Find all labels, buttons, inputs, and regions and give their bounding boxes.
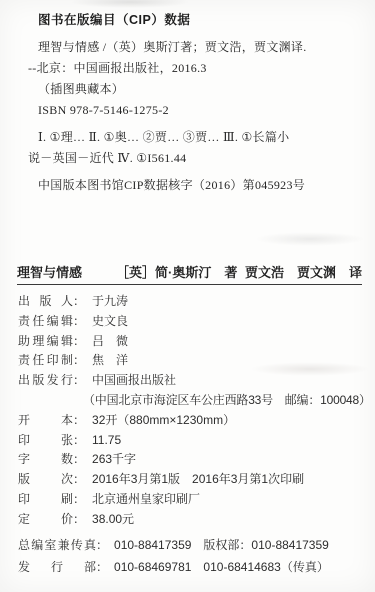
- pub-row-edition: 版次：2016年3月第1版 2016年3月第1次印刷: [18, 470, 375, 490]
- pub-row-print-supervisor: 责任印制：焦 洋: [18, 351, 375, 371]
- cip-classification-line-2: 说－英国－近代 Ⅳ. ①I561.44: [28, 148, 365, 169]
- contact-info-block: 总编室兼传真：010-88417359 版权部：010-88417359 发行部…: [0, 534, 375, 578]
- pub-label: 出版人: [18, 292, 73, 312]
- pub-label: 出版发行: [18, 371, 73, 391]
- pub-label: 助理编辑: [18, 332, 73, 352]
- contact-row-distribution: 发行部：010-68469781 010-68414683（传真）: [18, 556, 375, 578]
- colon: ：: [73, 353, 85, 367]
- pub-value: 北京通州皇家印刷厂: [85, 492, 200, 506]
- book-author: ［英］简·奥斯汀 著: [116, 264, 237, 281]
- colon: ：: [73, 413, 85, 427]
- pub-label: 版次: [18, 470, 73, 490]
- pub-value: 32开（880mm×1230mm）: [85, 413, 235, 427]
- pub-label: 开本: [18, 411, 73, 431]
- pub-row-publisher: 出版发行：中国画报出版社: [18, 371, 375, 391]
- publisher-address: （中国北京市海淀区车公庄西路33号 邮编：100048）: [18, 391, 375, 411]
- cip-title-statement: 理智与情感 /（英）奥斯汀著；贾文浩，贾文渊译.: [28, 37, 365, 58]
- cip-block: 图书在版编目（CIP）数据 理智与情感 /（英）奥斯汀著；贾文浩，贾文渊译. -…: [0, 0, 375, 196]
- contact-row-editorial-fax: 总编室兼传真：010-88417359 版权部：010-88417359: [18, 534, 375, 556]
- cip-classification-line-1: Ⅰ. ①理… Ⅱ. ①奥… ②贾… ③贾… Ⅲ. ①长篇小: [28, 127, 365, 148]
- pub-row-format: 开本：32开（880mm×1230mm）: [18, 411, 375, 431]
- pub-label: 印张: [18, 431, 73, 451]
- colon: ：: [73, 472, 85, 486]
- pub-value: 史文良: [85, 314, 128, 328]
- book-title: 理智与情感: [17, 264, 82, 281]
- cip-registry-number: 中国版本图书馆CIP数据核字（2016）第045923号: [28, 175, 365, 196]
- colon: ：: [96, 538, 108, 552]
- pub-row-publisher-person: 出版人：于九涛: [18, 292, 375, 312]
- contact-value: 010-68469781 010-68414683（传真）: [108, 560, 329, 574]
- pub-row-editor: 责任编辑：史文良: [18, 312, 375, 332]
- pub-value: 263千字: [85, 452, 136, 466]
- pub-value: 2016年3月第1版 2016年3月第1次印刷: [85, 472, 304, 486]
- pub-value: 中国画报出版社: [85, 373, 176, 387]
- pub-label: 责任印制: [18, 351, 73, 371]
- pub-value: 焦 洋: [85, 353, 128, 367]
- book-translators: 贾文浩 贾文渊 译: [245, 264, 362, 281]
- pub-label: 字数: [18, 450, 73, 470]
- colon: ：: [73, 433, 85, 447]
- pub-value: 于九涛: [85, 294, 128, 308]
- cip-header: 图书在版编目（CIP）数据: [38, 13, 365, 28]
- contact-value: 010-88417359 版权部：010-88417359: [108, 538, 329, 552]
- pub-value: 11.75: [85, 433, 121, 447]
- scan-smudge: [255, 232, 365, 246]
- colon: ：: [96, 560, 108, 574]
- cip-publisher-statement: --北京：中国画报出版社，2016.3: [28, 58, 365, 79]
- colon: ：: [73, 294, 85, 308]
- pub-row-printer: 印刷：北京通州皇家印刷厂: [18, 490, 375, 510]
- publication-info-block: 出版人：于九涛 责任编辑：史文良 助理编辑：吕 微 责任印制：焦 洋 出版发行：…: [0, 292, 375, 530]
- pub-label: 责任编辑: [18, 312, 73, 332]
- colon: ：: [73, 512, 85, 526]
- pub-label: 印刷: [18, 490, 73, 510]
- cip-isbn: ISBN 978-7-5146-1275-2: [28, 100, 365, 121]
- cip-series-statement: （插图典藏本）: [28, 79, 365, 100]
- colon: ：: [73, 373, 85, 387]
- book-copyright-page: 图书在版编目（CIP）数据 理智与情感 /（英）奥斯汀著；贾文浩，贾文渊译. -…: [0, 0, 375, 592]
- colon: ：: [73, 334, 85, 348]
- pub-row-price: 定价：38.00元: [18, 510, 375, 530]
- pub-row-word-count: 字数：263千字: [18, 450, 375, 470]
- contact-label: 总编室兼传真: [18, 534, 96, 556]
- pub-row-sheets: 印张：11.75: [18, 431, 375, 451]
- pub-row-assistant-editor: 助理编辑：吕 微: [18, 332, 375, 352]
- colon: ：: [73, 452, 85, 466]
- contact-label: 发行部: [18, 556, 96, 578]
- title-rule-line: 理智与情感 ［英］简·奥斯汀 著 贾文浩 贾文渊 译: [17, 264, 362, 285]
- colon: ：: [73, 492, 85, 506]
- pub-label: 定价: [18, 510, 73, 530]
- colon: ：: [73, 314, 85, 328]
- pub-value: 38.00元: [85, 512, 134, 526]
- pub-value: 吕 微: [85, 334, 128, 348]
